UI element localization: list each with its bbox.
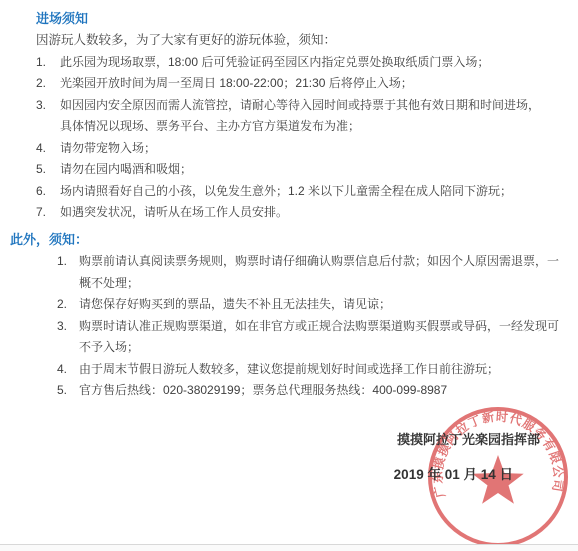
list-item: 5. 官方售后热线：020-38029199；票务总代理服务热线：400-099…	[57, 380, 565, 402]
section2-title: 此外，须知：	[10, 229, 88, 251]
signature-org: 摸摸阿拉丁光楽园指挥部	[397, 429, 540, 448]
list-item: 2. 光楽园开放时间为周一至周日 18:00-22:00；21:30 后将停止入…	[36, 73, 550, 95]
item-number: 2.	[36, 73, 60, 95]
item-text: 此乐园为现场取票，18:00 后可凭验证码至园区内指定兑票处换取纸质门票入场；	[60, 52, 544, 74]
item-text: 请您保存好购买到的票品，遗失不补且无法挂失，请见谅；	[79, 294, 563, 316]
item-number: 1.	[36, 52, 60, 74]
notice-document: 进场须知 因游玩人数较多，为了大家有更好的游玩体验，须知： 1. 此乐园为现场取…	[0, 0, 578, 551]
item-number: 2.	[57, 294, 79, 316]
item-number: 1.	[57, 251, 79, 294]
item-text: 由于周末节假日游玩人数较多，建议您提前规划好时间或选择工作日前往游玩；	[79, 359, 563, 381]
item-text: 光楽园开放时间为周一至周日 18:00-22:00；21:30 后将停止入场；	[60, 73, 544, 95]
section1-intro: 因游玩人数较多，为了大家有更好的游玩体验，须知：	[36, 30, 550, 52]
item-number: 5.	[36, 159, 60, 181]
list-item: 3. 购票时请认准正规购票渠道，如在非官方或正规合法购票渠道购买假票或导码，一经…	[57, 316, 565, 359]
section1-list: 1. 此乐园为现场取票，18:00 后可凭验证码至园区内指定兑票处换取纸质门票入…	[36, 52, 550, 224]
item-text: 购票前请认真阅读票务规则，购票时请仔细确认购票信息后付款；如因个人原因需退票，一…	[79, 251, 563, 294]
bottom-strip	[0, 545, 578, 551]
item-text: 如遇突发状况，请听从在场工作人员安排。	[60, 202, 544, 224]
item-number: 3.	[36, 95, 60, 138]
item-number: 5.	[57, 380, 79, 402]
item-number: 6.	[36, 181, 60, 203]
item-number: 3.	[57, 316, 79, 359]
section2-list: 1. 购票前请认真阅读票务规则，购票时请仔细确认购票信息后付款；如因个人原因需退…	[57, 251, 565, 402]
item-number: 7.	[36, 202, 60, 224]
item-text: 场内请照看好自己的小孩，以免发生意外；1.2 米以下儿童需全程在成人陪同下游玩；	[60, 181, 544, 203]
list-item: 1. 此乐园为现场取票，18:00 后可凭验证码至园区内指定兑票处换取纸质门票入…	[36, 52, 550, 74]
list-item: 2. 请您保存好购买到的票品，遗失不补且无法挂失，请见谅；	[57, 294, 565, 316]
list-item: 1. 购票前请认真阅读票务规则，购票时请仔细确认购票信息后付款；如因个人原因需退…	[57, 251, 565, 294]
item-number: 4.	[57, 359, 79, 381]
signature-date: 2019 年 01 月 14 日	[394, 463, 513, 483]
item-text: 官方售后热线：020-38029199；票务总代理服务热线：400-099-89…	[79, 380, 563, 402]
item-number: 4.	[36, 138, 60, 160]
list-item: 4. 由于周末节假日游玩人数较多，建议您提前规划好时间或选择工作日前往游玩；	[57, 359, 565, 381]
item-text: 购票时请认准正规购票渠道，如在非官方或正规合法购票渠道购买假票或导码，一经发现可…	[79, 316, 563, 359]
item-text: 请勿带宠物入场；	[60, 138, 544, 160]
list-item: 3. 如因园内安全原因而需人流管控，请耐心等待入园时间或持票于其他有效日期和时间…	[36, 95, 550, 138]
list-item: 7. 如遇突发状况，请听从在场工作人员安排。	[36, 202, 550, 224]
section-entry-notice: 进场须知 因游玩人数较多，为了大家有更好的游玩体验，须知： 1. 此乐园为现场取…	[36, 8, 550, 224]
item-text: 如因园内安全原因而需人流管控，请耐心等待入园时间或持票于其他有效日期和时间进场，…	[60, 95, 544, 138]
list-item: 5. 请勿在园内喝酒和吸烟；	[36, 159, 550, 181]
section1-title: 进场须知	[36, 8, 550, 30]
item-text: 请勿在园内喝酒和吸烟；	[60, 159, 544, 181]
list-item: 6. 场内请照看好自己的小孩，以免发生意外；1.2 米以下儿童需全程在成人陪同下…	[36, 181, 550, 203]
list-item: 4. 请勿带宠物入场；	[36, 138, 550, 160]
